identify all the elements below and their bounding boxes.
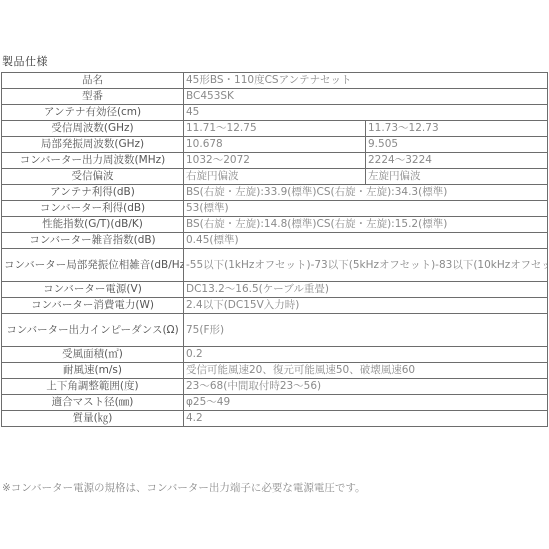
spec-label: 質量(㎏)	[2, 411, 184, 427]
spec-label: アンテナ有効径(cm)	[2, 105, 184, 121]
table-row: コンバーター局部発振位相雑音(dB/Hz) -55以下(1kHzオフセット)-7…	[2, 249, 548, 282]
spec-label: 受信偏波	[2, 169, 184, 185]
spec-table: 品名 45形BS・110度CSアンテナセット 型番 BC453SK アンテナ有効…	[1, 72, 548, 427]
spec-value: 23～68(中間取付時23～56)	[184, 379, 548, 395]
spec-value: 受信可能風速20、復元可能風速50、破壊風速60	[184, 363, 548, 379]
spec-label: 耐風速(m/s)	[2, 363, 184, 379]
spec-value: φ25～49	[184, 395, 548, 411]
spec-value: 0.2	[184, 347, 548, 363]
spec-value-cs: 11.73～12.73	[366, 121, 548, 137]
table-row: コンバーター出力周波数(MHz) 1032～2072 2224～3224	[2, 153, 548, 169]
spec-value: 53(標準)	[184, 201, 548, 217]
table-row: コンバーター電源(V) DC13.2～16.5(ケーブル重畳)	[2, 282, 548, 298]
table-row: 性能指数(G/T)(dB/K) BS(右旋・左旋):14.8(標準)CS(右旋・…	[2, 217, 548, 233]
spec-label: 性能指数(G/T)(dB/K)	[2, 217, 184, 233]
table-row: 品名 45形BS・110度CSアンテナセット	[2, 73, 548, 89]
spec-value-bs: 1032～2072	[184, 153, 366, 169]
table-row: 局部発振周波数(GHz) 10.678 9.505	[2, 137, 548, 153]
spec-value: 0.45(標準)	[184, 233, 548, 249]
table-row: コンバーター雑音指数(dB) 0.45(標準)	[2, 233, 548, 249]
table-row: 受信周波数(GHz) 11.71～12.75 11.73～12.73	[2, 121, 548, 137]
spec-label: 局部発振周波数(GHz)	[2, 137, 184, 153]
spec-label: アンテナ利得(dB)	[2, 185, 184, 201]
spec-value-bs: 右旋円偏波	[184, 169, 366, 185]
table-row: 適合マスト径(㎜) φ25～49	[2, 395, 548, 411]
spec-label: 適合マスト径(㎜)	[2, 395, 184, 411]
spec-value: DC13.2～16.5(ケーブル重畳)	[184, 282, 548, 298]
spec-value: 45形BS・110度CSアンテナセット	[184, 73, 548, 89]
section-title: 製品仕様	[2, 53, 48, 69]
spec-value-cs: 左旋円偏波	[366, 169, 548, 185]
spec-label: 受風面積(㎡)	[2, 347, 184, 363]
spec-label: 上下角調整範囲(度)	[2, 379, 184, 395]
table-row: 型番 BC453SK	[2, 89, 548, 105]
spec-value-cs: 9.505	[366, 137, 548, 153]
spec-value: 45	[184, 105, 548, 121]
table-row: 耐風速(m/s) 受信可能風速20、復元可能風速50、破壊風速60	[2, 363, 548, 379]
table-row: 上下角調整範囲(度) 23～68(中間取付時23～56)	[2, 379, 548, 395]
table-row: コンバーター利得(dB) 53(標準)	[2, 201, 548, 217]
spec-label: 型番	[2, 89, 184, 105]
footnote: ※コンバーター電源の規格は、コンバーター出力端子に必要な電源電圧です。	[2, 480, 366, 495]
spec-value: 4.2	[184, 411, 548, 427]
spec-value: 75(F形)	[184, 314, 548, 347]
spec-value-bs: 11.71～12.75	[184, 121, 366, 137]
spec-label: コンバーター消費電力(W)	[2, 298, 184, 314]
table-row: コンバーター消費電力(W) 2.4以下(DC15V入力時)	[2, 298, 548, 314]
spec-label: コンバーター雑音指数(dB)	[2, 233, 184, 249]
spec-label: コンバーター出力周波数(MHz)	[2, 153, 184, 169]
spec-value: BS(右旋・左旋):33.9(標準)CS(右旋・左旋):34.3(標準)	[184, 185, 548, 201]
spec-label: コンバーター利得(dB)	[2, 201, 184, 217]
table-row: アンテナ有効径(cm) 45	[2, 105, 548, 121]
spec-label: 受信周波数(GHz)	[2, 121, 184, 137]
spec-label: コンバーター電源(V)	[2, 282, 184, 298]
spec-value: -55以下(1kHzオフセット)-73以下(5kHzオフセット)-83以下(10…	[184, 249, 548, 282]
spec-value: BS(右旋・左旋):14.8(標準)CS(右旋・左旋):15.2(標準)	[184, 217, 548, 233]
spec-value: 2.4以下(DC15V入力時)	[184, 298, 548, 314]
spec-value: BC453SK	[184, 89, 548, 105]
spec-label: コンバーター出力インピーダンス(Ω)	[2, 314, 184, 347]
table-row: 受信偏波 右旋円偏波 左旋円偏波	[2, 169, 548, 185]
table-row: コンバーター出力インピーダンス(Ω) 75(F形)	[2, 314, 548, 347]
table-row: アンテナ利得(dB) BS(右旋・左旋):33.9(標準)CS(右旋・左旋):3…	[2, 185, 548, 201]
spec-value-cs: 2224～3224	[366, 153, 548, 169]
spec-label: 品名	[2, 73, 184, 89]
table-row: 質量(㎏) 4.2	[2, 411, 548, 427]
table-row: 受風面積(㎡) 0.2	[2, 347, 548, 363]
spec-label: コンバーター局部発振位相雑音(dB/Hz)	[2, 249, 184, 282]
spec-value-bs: 10.678	[184, 137, 366, 153]
